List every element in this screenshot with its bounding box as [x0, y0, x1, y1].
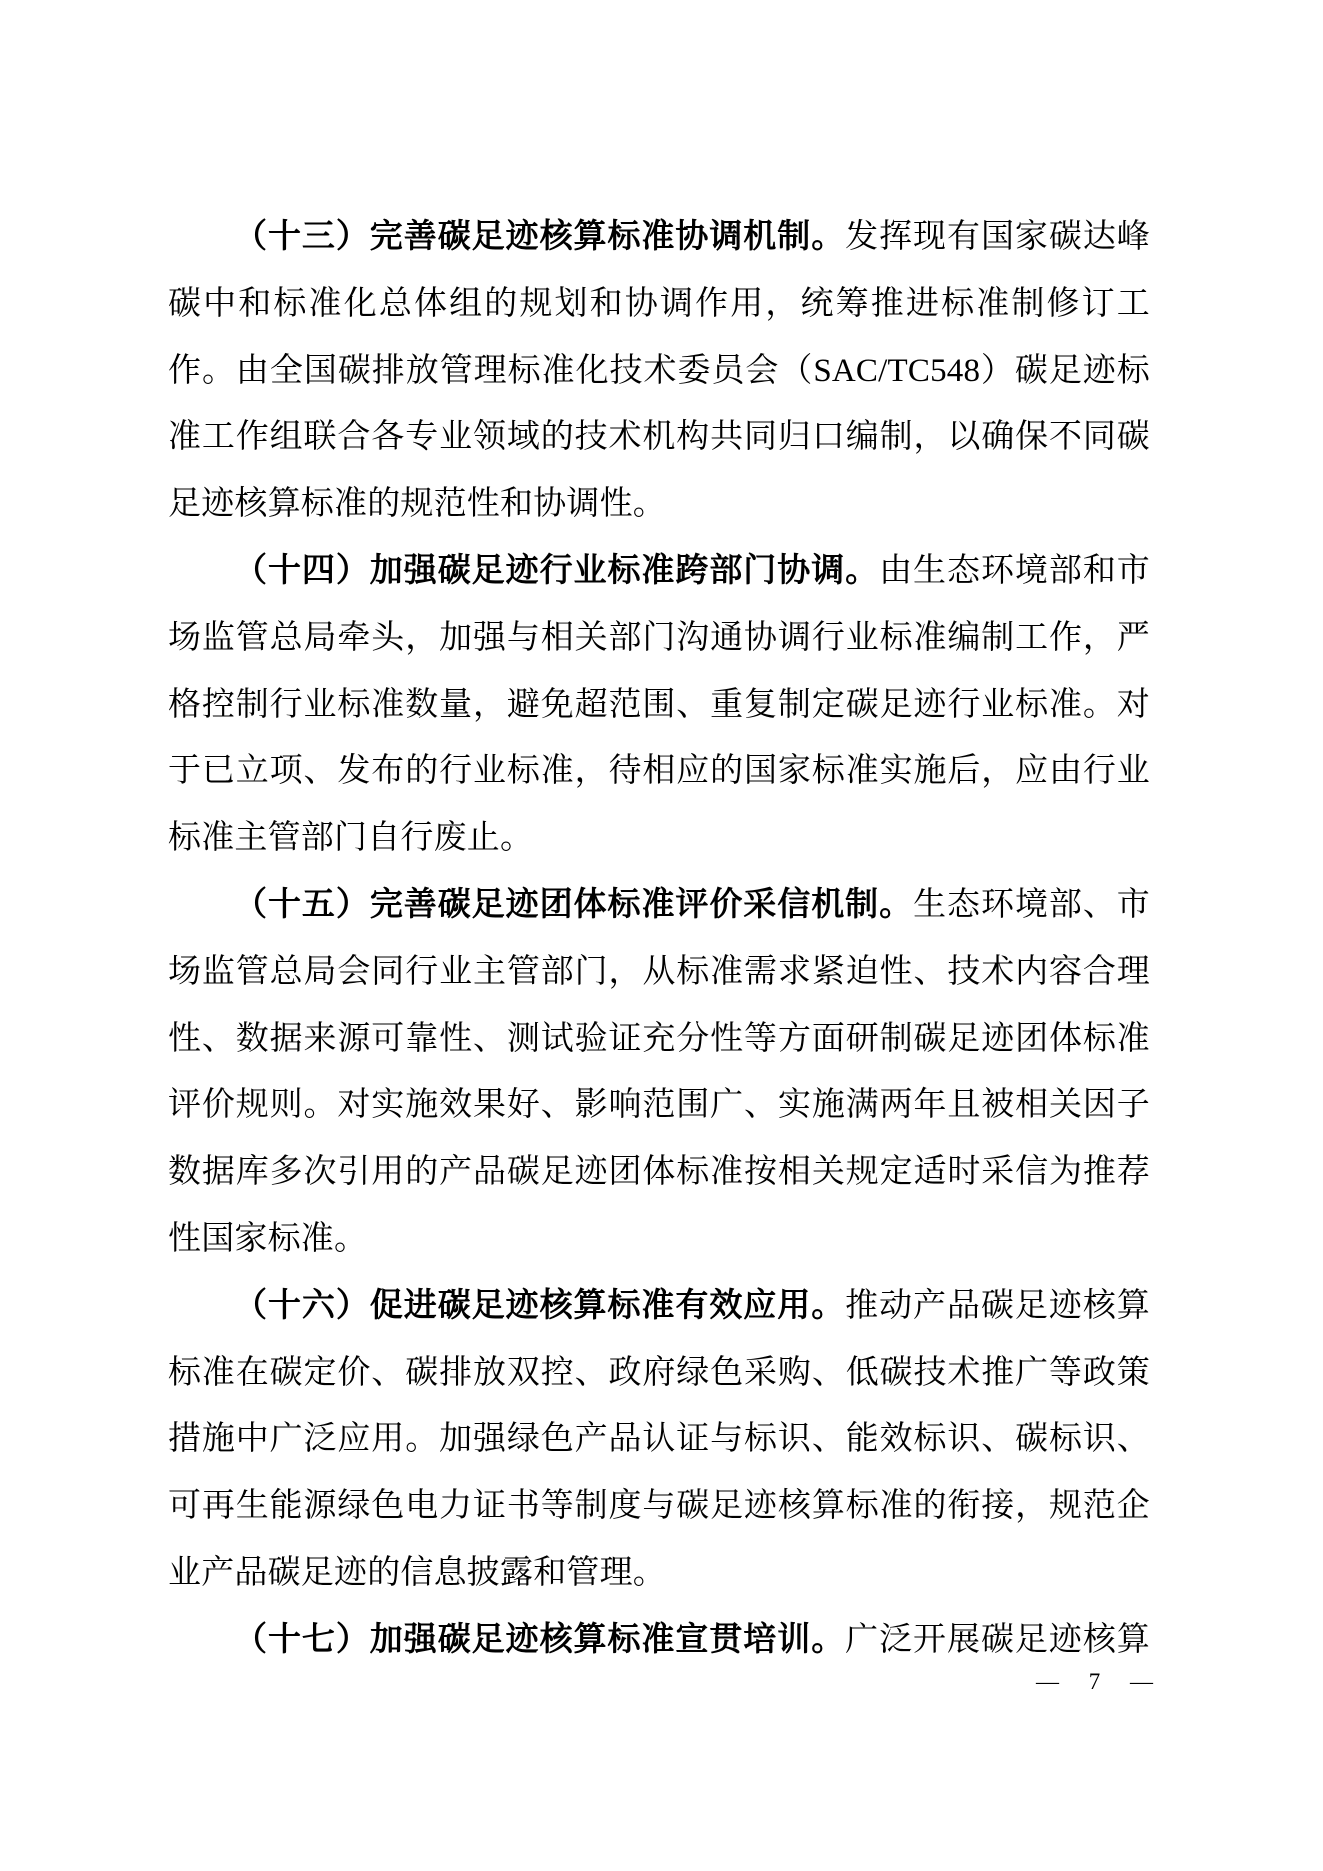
section-16-body-text: 推动产品碳足迹核算标准在碳定价、碳排放双控、政府绿色采购、低碳技术推广等政策措施… [168, 1288, 1150, 1591]
section-17-body-text: 广泛开展碳足迹核算 [845, 1622, 1150, 1658]
section-paragraph-16: （十六）促进碳足迹核算标准有效应用。推动产品碳足迹核算标准在碳定价、碳排放双控、… [168, 1273, 1150, 1607]
section-17-heading: （十七）加强碳足迹核算标准宣贯培训。 [234, 1622, 845, 1658]
section-13-body-text: 发挥现有国家碳达峰碳中和标准化总体组的规划和协调作用，统筹推进标准制修订工作。由… [168, 219, 1150, 522]
section-paragraph-17: （十七）加强碳足迹核算标准宣贯培训。广泛开展碳足迹核算 [168, 1607, 1150, 1674]
section-13-heading: （十三）完善碳足迹核算标准协调机制。 [234, 219, 845, 255]
section-15-body-text: 生态环境部、市场监管总局会同行业主管部门，从标准需求紧迫性、技术内容合理性、数据… [168, 887, 1150, 1257]
page-number: — 7 — [1036, 1663, 1153, 1701]
section-16-heading: （十六）促进碳足迹核算标准有效应用。 [234, 1288, 845, 1324]
document-page: （十三）完善碳足迹核算标准协调机制。发挥现有国家碳达峰碳中和标准化总体组的规划和… [0, 0, 1323, 1871]
section-paragraph-13: （十三）完善碳足迹核算标准协调机制。发挥现有国家碳达峰碳中和标准化总体组的规划和… [168, 204, 1150, 538]
section-paragraph-14: （十四）加强碳足迹行业标准跨部门协调。由生态环境部和市场监管总局牵头，加强与相关… [168, 538, 1150, 872]
section-14-body-text: 由生态环境部和市场监管总局牵头，加强与相关部门沟通协调行业标准编制工作，严格控制… [168, 553, 1150, 856]
document-body: （十三）完善碳足迹核算标准协调机制。发挥现有国家碳达峰碳中和标准化总体组的规划和… [168, 204, 1150, 1674]
section-15-heading: （十五）完善碳足迹团体标准评价采信机制。 [234, 887, 913, 923]
section-paragraph-15: （十五）完善碳足迹团体标准评价采信机制。生态环境部、市场监管总局会同行业主管部门… [168, 872, 1150, 1273]
section-14-heading: （十四）加强碳足迹行业标准跨部门协调。 [234, 553, 879, 589]
